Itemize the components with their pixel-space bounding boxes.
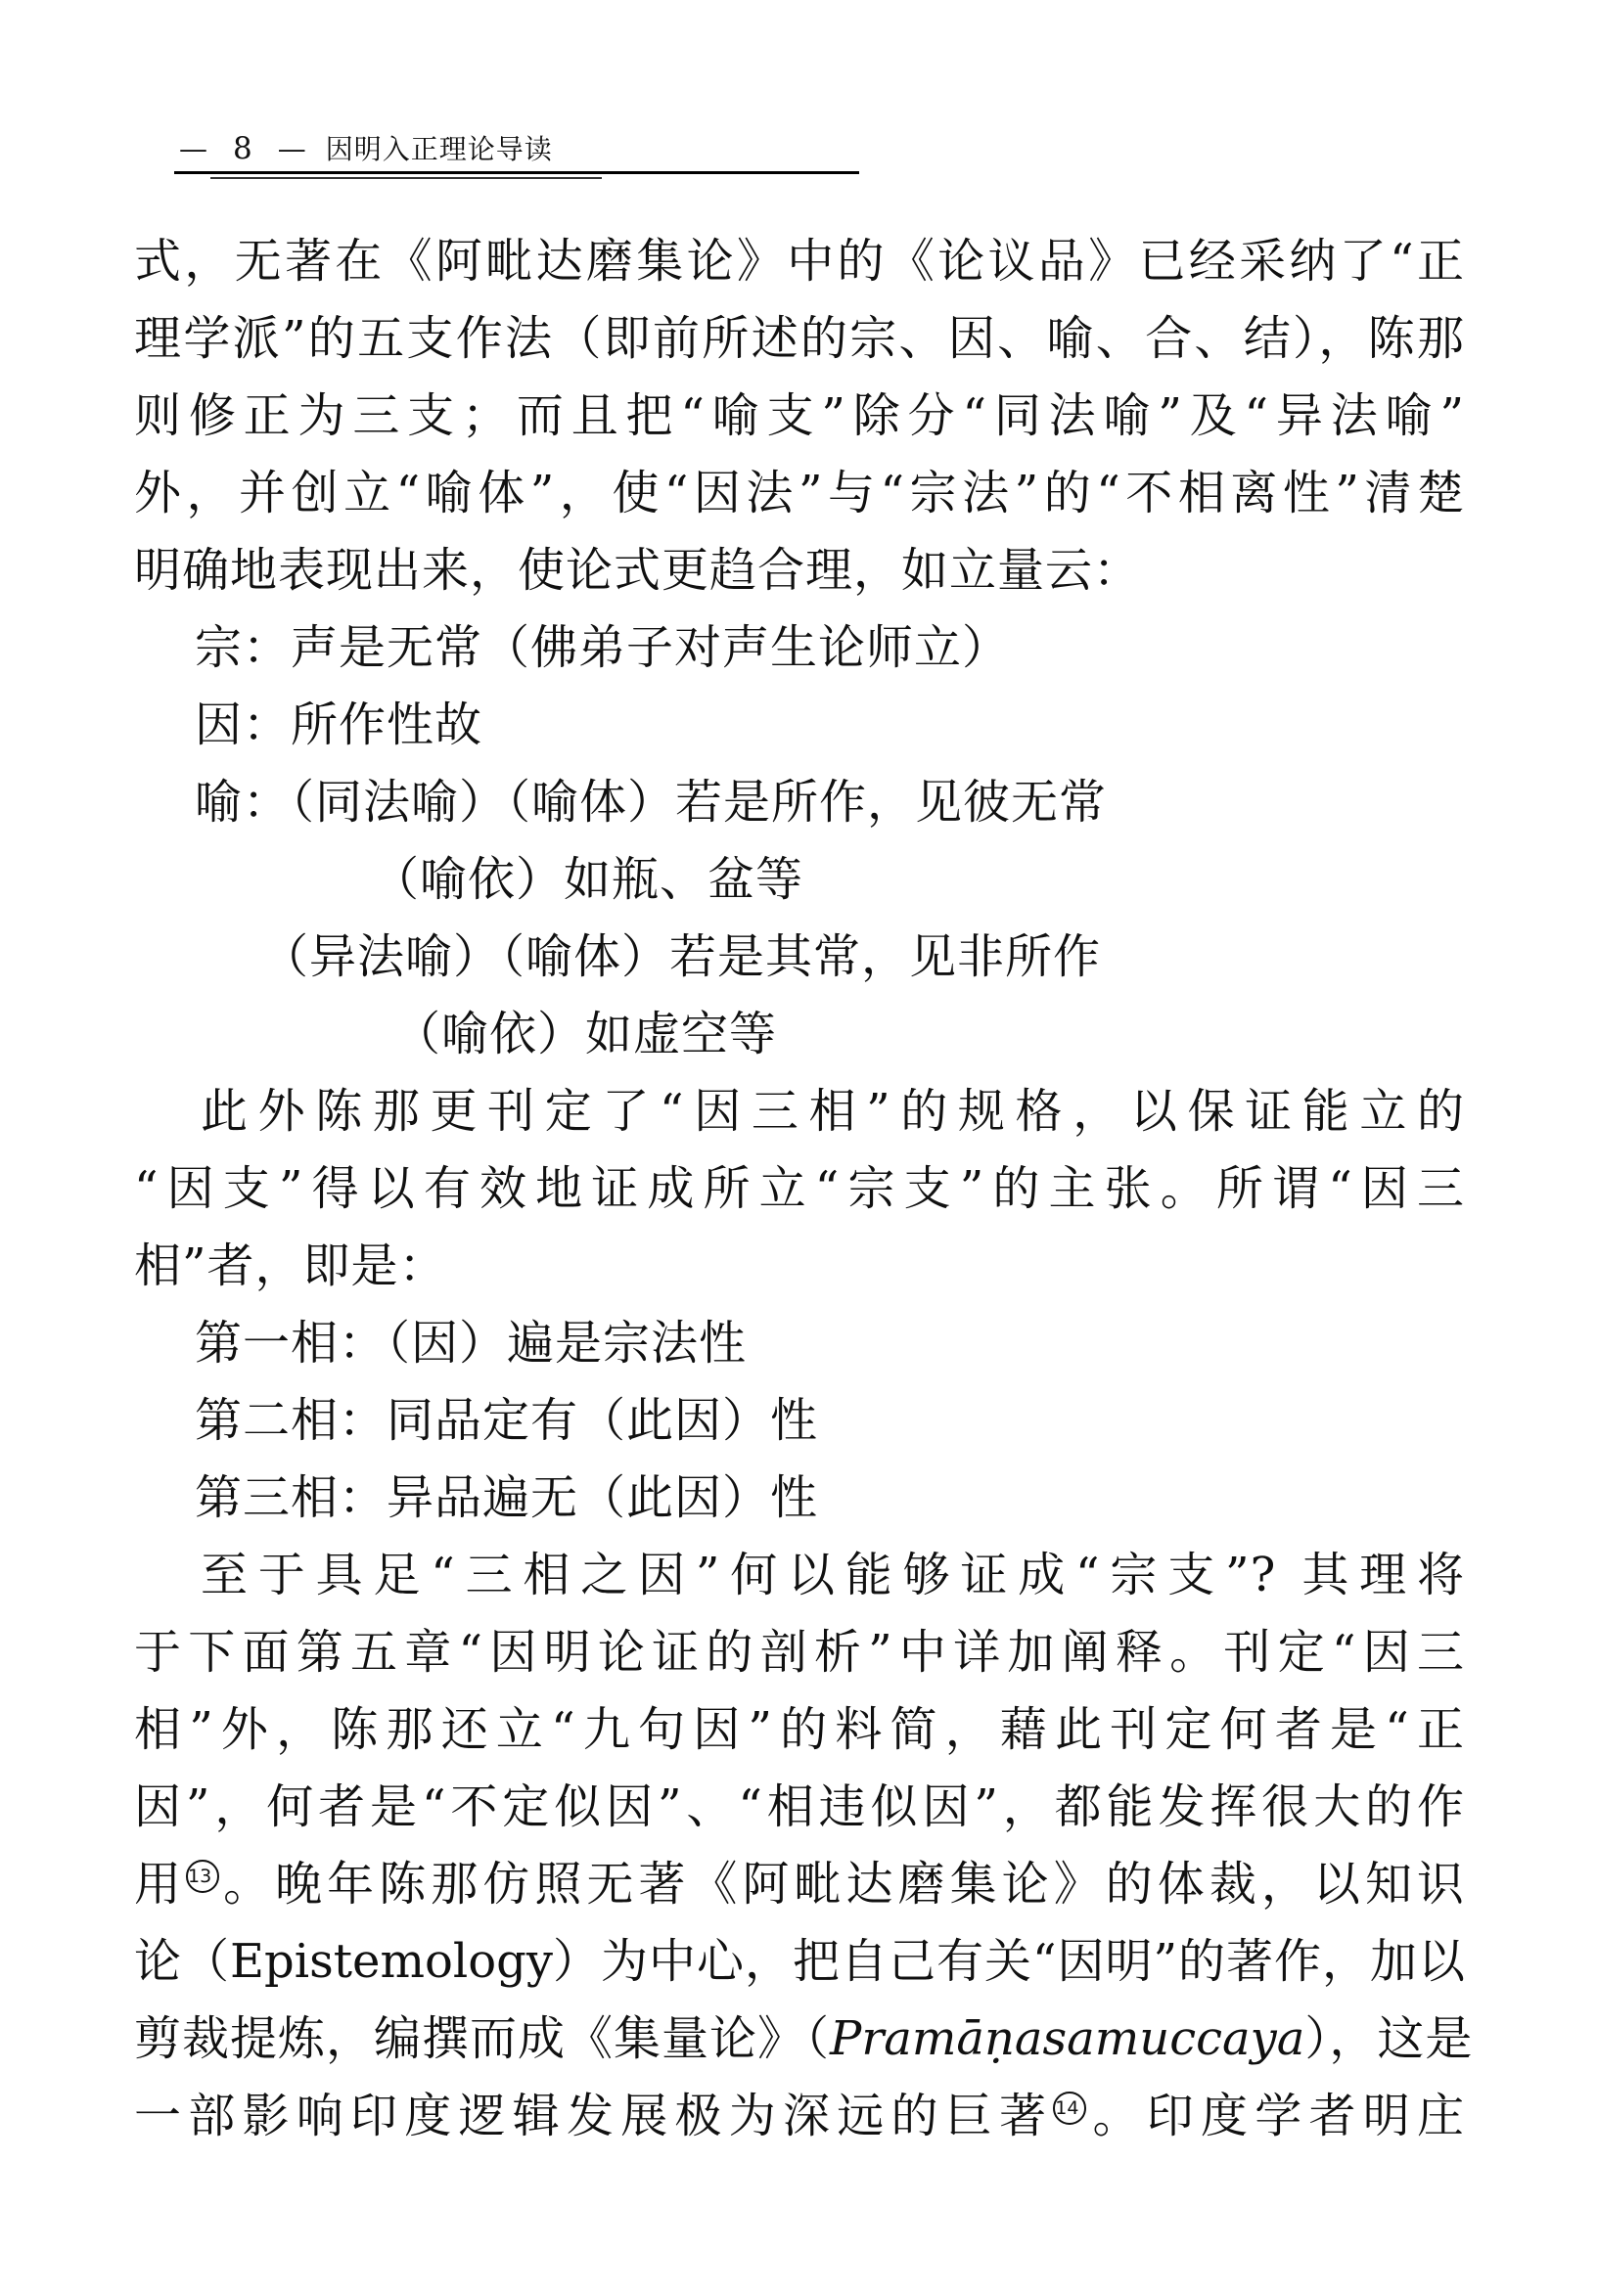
text-segment: 理学派”的五支作法（即前所述的宗、因、喻、合、结），陈那 [134,311,1465,366]
page-header: — 8 — 因明入正理论导读 [179,131,553,167]
book-page: — 8 — 因明入正理论导读 式，无著在《阿毗达磨集论》中的《论议品》已经采纳了… [0,0,1597,2296]
text-segment: （异法喻）（喻体）若是其常，见非所作 [261,929,1101,984]
text-segment: Pramāṇasamuccaya [830,2011,1304,2066]
header-rule-scan-artifact [210,177,602,179]
text-segment: ），这是 [1304,2011,1473,2066]
book-title: 因明入正理论导读 [326,132,553,167]
page-number-dash-right: — [278,131,306,166]
text-segment: 。印度学者明庄 [1086,2089,1465,2143]
text-segment: 相”者，即是： [134,1238,447,1293]
text-segment: 于下面第五章“因明论证的剖析”中详加阐释。刊定“因三 [134,1625,1465,1680]
text-line: （异法喻）（喻体）若是其常，见非所作 [134,919,1465,996]
page-number-dash-left: — [179,131,207,166]
text-segment: 论（ [134,1934,230,1989]
text-segment: 第一相：（因）遍是宗法性 [195,1316,747,1371]
text-line: 相”者，即是： [134,1228,1465,1305]
text-segment: 第三相：异品遍无（此因）性 [195,1470,818,1525]
text-line: 式，无著在《阿毗达磨集论》中的《论议品》已经采纳了“正 [134,223,1465,300]
text-segment: 此外陈那更刊定了“因三相”的规格，以保证能立的 [201,1084,1465,1139]
text-segment: 则修正为三支；而且把“喻支”除分“同法喻”及“异法喻” [134,388,1465,443]
text-segment: 用 [134,1857,186,1912]
text-line: 第三相：异品遍无（此因）性 [134,1460,1465,1537]
text-segment: 至于具足“三相之因”何以能够证成“宗支”? 其理将 [201,1548,1465,1602]
text-segment: 相”外，陈那还立“九句因”的料简，藉此刊定何者是“正 [134,1702,1465,1757]
text-segment: 明确地表现出来，使论式更趋合理，如立量云： [134,543,1141,598]
text-segment: ）为中心，把自己有关“因明”的著作，加以 [553,1934,1466,1989]
text-line: 论（Epistemology）为中心，把自己有关“因明”的著作，加以 [134,1923,1465,2001]
text-line: （喻依）如瓶、盆等 [134,841,1465,919]
text-segment: 因”，何者是“不定似因”、“相违似因”，都能发挥很大的作 [134,1779,1465,1834]
text-line: 外，并创立“喻体”，使“因法”与“宗法”的“不相离性”清楚 [134,455,1465,532]
text-line: 因：所作性故 [134,687,1465,764]
footnote-marker: 13 [186,1860,219,1893]
text-line: 剪裁提炼，编撰而成《集量论》（Pramāṇasamuccaya），这是 [134,2001,1465,2078]
text-line: 第一相：（因）遍是宗法性 [134,1305,1465,1382]
text-line: 则修正为三支；而且把“喻支”除分“同法喻”及“异法喻” [134,378,1465,455]
text-line: 因”，何者是“不定似因”、“相违似因”，都能发挥很大的作 [134,1769,1465,1846]
text-line: 至于具足“三相之因”何以能够证成“宗支”? 其理将 [134,1537,1465,1614]
text-segment: 第二相：同品定有（此因）性 [195,1393,818,1448]
text-line: 此外陈那更刊定了“因三相”的规格，以保证能立的 [134,1073,1465,1150]
text-segment: 剪裁提炼，编撰而成《集量论》（ [134,2011,830,2066]
text-line: 明确地表现出来，使论式更趋合理，如立量云： [134,532,1465,609]
text-segment: 。晚年陈那仿照无著《阿毗达磨集论》的体裁，以知识 [219,1857,1465,1912]
text-segment: （喻依）如虚空等 [393,1007,777,1061]
text-line: 一部影响印度逻辑发展极为深远的巨著14。印度学者明庄 [134,2078,1465,2155]
text-segment: Epistemology [230,1934,553,1989]
text-segment: “因支”得以有效地证成所立“宗支”的主张。所谓“因三 [134,1161,1465,1216]
text-segment: 宗：声是无常（佛弟子对声生论师立） [195,620,1010,675]
text-line: （喻依）如虚空等 [134,996,1465,1073]
text-segment: 式，无著在《阿毗达磨集论》中的《论议品》已经采纳了“正 [134,234,1465,289]
text-line: 用13。晚年陈那仿照无著《阿毗达磨集论》的体裁，以知识 [134,1846,1465,1923]
text-line: 于下面第五章“因明论证的剖析”中详加阐释。刊定“因三 [134,1614,1465,1691]
text-line: “因支”得以有效地证成所立“宗支”的主张。所谓“因三 [134,1150,1465,1228]
header-rule [174,171,859,174]
footnote-marker: 14 [1053,2092,1086,2125]
text-segment: 因：所作性故 [195,698,482,752]
text-line: 喻：（同法喻）（喻体）若是所作，见彼无常 [134,764,1465,841]
text-segment: 喻：（同法喻）（喻体）若是所作，见彼无常 [195,775,1107,830]
page-number: 8 [233,131,252,166]
text-line: 第二相：同品定有（此因）性 [134,1382,1465,1460]
text-line: 宗：声是无常（佛弟子对声生论师立） [134,609,1465,687]
page-body: 式，无著在《阿毗达磨集论》中的《论议品》已经采纳了“正理学派”的五支作法（即前所… [134,223,1465,2155]
text-segment: 外，并创立“喻体”，使“因法”与“宗法”的“不相离性”清楚 [134,466,1465,520]
text-line: 理学派”的五支作法（即前所述的宗、因、喻、合、结），陈那 [134,300,1465,378]
text-line: 相”外，陈那还立“九句因”的料简，藉此刊定何者是“正 [134,1691,1465,1769]
text-segment: （喻依）如瓶、盆等 [372,852,803,907]
text-segment: 一部影响印度逻辑发展极为深远的巨著 [134,2089,1053,2143]
